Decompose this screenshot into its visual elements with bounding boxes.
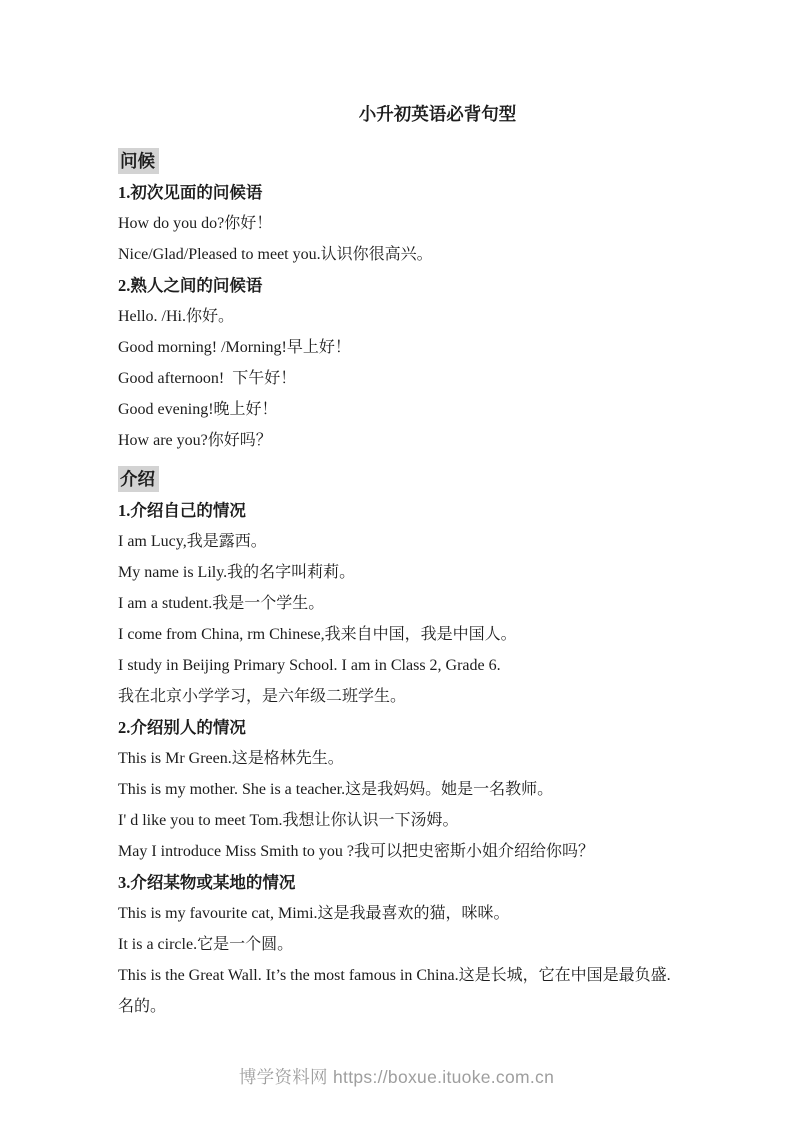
section-header: 介绍 [118, 462, 703, 495]
sentence-line: This is the Great Wall. It’s the most fa… [118, 960, 703, 991]
sentence-line: I come from China, rm Chinese,我来自中国，我是中国… [118, 619, 703, 650]
sentence-line: 名的。 [118, 991, 703, 1022]
sentence-line: This is my mother. She is a teacher.这是我妈… [118, 774, 703, 805]
sentence-line: Hello. /Hi.你好。 [118, 301, 703, 332]
document-page: 小升初英语必背句型 问候1.初次见面的问候语How do you do?你好！N… [0, 0, 793, 1122]
section-header: 问候 [118, 144, 703, 177]
sentence-line: This is my favourite cat, Mimi.这是我最喜欢的猫，… [118, 898, 703, 929]
sentence-line: Good afternoon! 下午好！ [118, 363, 703, 394]
subsection-heading: 1.初次见面的问候语 [118, 177, 703, 208]
document-content: 小升初英语必背句型 问候1.初次见面的问候语How do you do?你好！N… [0, 0, 793, 1022]
subsection-heading: 3.介绍某物或某地的情况 [118, 867, 703, 898]
footer-watermark: 博学资料网 https://boxue.ituoke.com.cn [0, 1064, 793, 1089]
sentence-line: How do you do?你好！ [118, 208, 703, 239]
sentence-line: I' d like you to meet Tom.我想让你认识一下汤姆。 [118, 805, 703, 836]
sentence-line: I am a student.我是一个学生。 [118, 588, 703, 619]
section-header-text: 介绍 [118, 466, 159, 492]
sentence-line: Nice/Glad/Pleased to meet you.认识你很高兴。 [118, 239, 703, 270]
sentence-line: It is a circle.它是一个圆。 [118, 929, 703, 960]
sentence-line: Good morning! /Morning!早上好！ [118, 332, 703, 363]
page-title: 小升初英语必背句型 [100, 99, 775, 130]
subsection-heading: 1.介绍自己的情况 [118, 495, 703, 526]
section-header-text: 问候 [118, 148, 159, 174]
subsection-heading: 2.介绍别人的情况 [118, 712, 703, 743]
sentence-line: I am Lucy,我是露西。 [118, 526, 703, 557]
sentence-line: My name is Lily.我的名字叫莉莉。 [118, 557, 703, 588]
sentence-line: This is Mr Green.这是格林先生。 [118, 743, 703, 774]
sentence-line: I study in Beijing Primary School. I am … [118, 650, 703, 681]
sentence-line: Good evening!晚上好！ [118, 394, 703, 425]
sentence-line: 我在北京小学学习，是六年级二班学生。 [118, 681, 703, 712]
sentence-line: How are you?你好吗？ [118, 425, 703, 456]
document-body: 问候1.初次见面的问候语How do you do?你好！Nice/Glad/P… [118, 144, 703, 1022]
sentence-line: May I introduce Miss Smith to you ?我可以把史… [118, 836, 703, 867]
subsection-heading: 2.熟人之间的问候语 [118, 270, 703, 301]
